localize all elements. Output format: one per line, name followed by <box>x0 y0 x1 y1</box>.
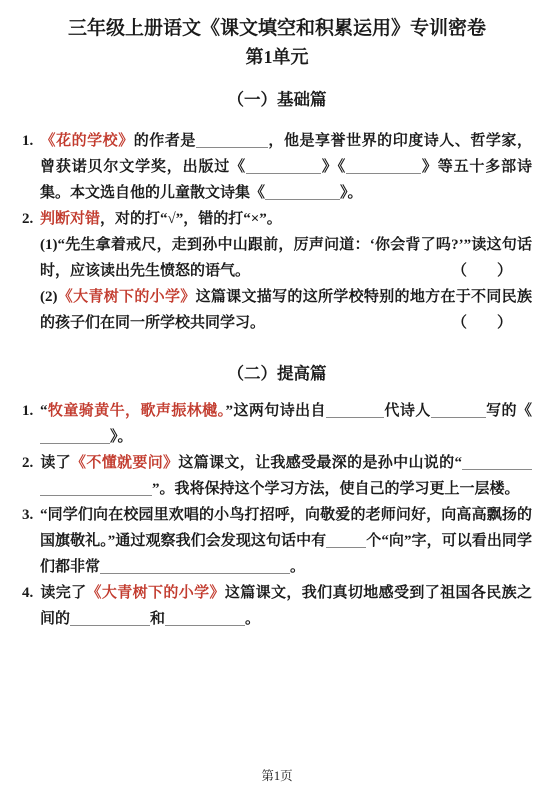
question-number: 1. <box>22 398 40 424</box>
text-run: ”这两句诗出自 <box>226 403 326 419</box>
text-run: ，对的打“√”，错的打“×”。 <box>100 211 282 227</box>
question-number: 3. <box>22 502 40 528</box>
text-run: ”。我将保持这个学习方法，使自己的学习更上一层楼。 <box>152 481 520 497</box>
answer-blank <box>196 133 268 148</box>
section-2-heading: （二）提高篇 <box>22 362 532 386</box>
answer-blank <box>462 455 532 470</box>
answer-blank <box>165 611 245 626</box>
judgment-item-1: (1)“先生拿着戒尺，走到孙中山跟前，厉声问道：‘你会背了吗?’”读这句话时，应… <box>22 232 532 284</box>
unit-subtitle: 第1单元 <box>22 44 532 70</box>
text-run: 读了 <box>40 455 71 471</box>
answer-blank <box>326 533 366 548</box>
judgment-parentheses: （ ） <box>452 258 512 284</box>
answer-blank <box>70 611 150 626</box>
judgment-item-2: (2)《大青树下的小学》这篇课文描写的这所学校特别的地方在于不同民族的孩子们在同… <box>22 284 532 336</box>
answer-blank <box>326 403 384 418</box>
answer-blank <box>40 429 110 444</box>
answer-blank <box>40 481 152 496</box>
poem-quote-highlight: 牧童骑黄牛，歌声振林樾。 <box>48 403 226 419</box>
question-s2-q4: 4.读完了《大青树下的小学》这篇课文，我们真切地感受到了祖国各民族之间的和。 <box>22 580 532 632</box>
answer-blank <box>265 185 340 200</box>
text-run: 。 <box>245 611 260 627</box>
lesson-title-highlight: 《大青树下的小学》 <box>58 289 196 305</box>
lesson-title-highlight: 《花的学校》 <box>40 133 134 149</box>
question-number: 2. <box>22 450 40 476</box>
question-s2-q3: 3.“同学们向在校园里欢唱的小鸟打招呼，向敬爱的老师问好，向高高飘扬的国旗敬礼。… <box>22 502 532 580</box>
text-run: 。 <box>290 559 305 575</box>
lesson-title-highlight: 《大青树下的小学》 <box>87 585 225 601</box>
answer-blank <box>431 403 486 418</box>
text-run: 》。 <box>340 185 363 201</box>
text-run: 》。 <box>110 429 133 445</box>
answer-blank <box>346 159 421 174</box>
answer-blank <box>246 159 321 174</box>
text-run: 》《 <box>321 159 346 175</box>
page-number-footer: 第1页 <box>0 766 554 784</box>
text-run: 和 <box>150 611 165 627</box>
lesson-title-highlight: 《不懂就要问》 <box>71 455 178 471</box>
judgment-parentheses: （ ） <box>452 310 512 336</box>
text-run: “ <box>40 403 48 419</box>
question-number: 2. <box>22 206 40 232</box>
section-1-heading: （一）基础篇 <box>22 88 532 112</box>
question-number: 4. <box>22 580 40 606</box>
page-title: 三年级上册语文《课文填空和积累运用》专训密卷 <box>22 16 532 42</box>
text-run: 读完了 <box>40 585 87 601</box>
worksheet-page: 三年级上册语文《课文填空和积累运用》专训密卷 第1单元 （一）基础篇 1.《花的… <box>0 0 554 800</box>
text-run: 的作者是 <box>134 133 196 149</box>
text-run: 写的《 <box>486 403 532 419</box>
question-s2-q2: 2.读了《不懂就要问》这篇课文，让我感受最深的是孙中山说的“”。我将保持这个学习… <box>22 450 532 502</box>
instruction-highlight: 判断对错 <box>40 211 100 227</box>
question-s1-q1: 1.《花的学校》的作者是，他是享誉世界的印度诗人、哲学家，曾获诺贝尔文学奖，出版… <box>22 128 532 206</box>
text-run: 这篇课文，让我感受最深的是孙中山说的“ <box>178 455 462 471</box>
question-number: 1. <box>22 128 40 154</box>
text-run: (2) <box>40 289 58 305</box>
text-run: 代诗人 <box>384 403 431 419</box>
answer-blank <box>100 559 290 574</box>
question-s1-q2: 2.判断对错，对的打“√”，错的打“×”。 <box>22 206 532 232</box>
question-s2-q1: 1.“牧童骑黄牛，歌声振林樾。”这两句诗出自代诗人写的《》。 <box>22 398 532 450</box>
